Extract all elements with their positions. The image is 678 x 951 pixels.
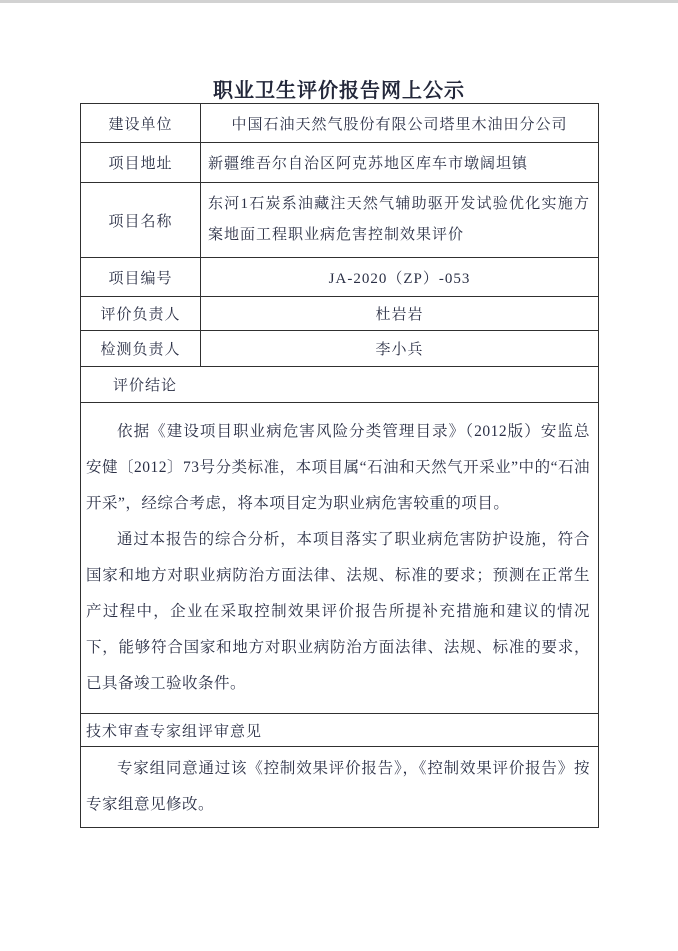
table-row: 项目地址 新疆维吾尔自治区阿克苏地区库车市墩阔坦镇 bbox=[81, 143, 599, 183]
conclusion-section-body: 依据《建设项目职业病危害风险分类管理目录》（2012版）安监总安健〔2012〕7… bbox=[81, 403, 599, 714]
table-row: 项目编号 JA-2020（ZP）-053 bbox=[81, 258, 599, 297]
table-row: 检测负责人 李小兵 bbox=[81, 331, 599, 367]
table-row: 专家组同意通过该《控制效果评价报告》，《控制效果评价报告》按专家组意见修改。 bbox=[81, 747, 599, 828]
table-row: 评价结论 bbox=[81, 367, 599, 403]
field-label-project-number: 项目编号 bbox=[81, 258, 201, 297]
field-label-project-address: 项目地址 bbox=[81, 143, 201, 183]
field-label-testing-leader: 检测负责人 bbox=[81, 331, 201, 367]
field-value-testing-leader: 李小兵 bbox=[201, 331, 599, 367]
expert-review-section-header: 技术审查专家组评审意见 bbox=[81, 714, 599, 747]
field-label-project-name: 项目名称 bbox=[81, 183, 201, 258]
field-value-construction-unit: 中国石油天然气股份有限公司塔里木油田分公司 bbox=[201, 104, 599, 143]
field-value-evaluation-leader: 杜岩岩 bbox=[201, 297, 599, 331]
page-top-edge bbox=[0, 0, 678, 3]
table-row: 技术审查专家组评审意见 bbox=[81, 714, 599, 747]
table-row: 评价负责人 杜岩岩 bbox=[81, 297, 599, 331]
table-row: 项目名称 东河1石炭系油藏注天然气辅助驱开发试验优化实施方案地面工程职业病危害控… bbox=[81, 183, 599, 258]
table-row: 依据《建设项目职业病危害风险分类管理目录》（2012版）安监总安健〔2012〕7… bbox=[81, 403, 599, 714]
conclusion-paragraph: 通过本报告的综合分析，本项目落实了职业病危害防护设施，符合国家和地方对职业病防治… bbox=[86, 522, 590, 702]
expert-review-paragraph: 专家组同意通过该《控制效果评价报告》，《控制效果评价报告》按专家组意见修改。 bbox=[86, 751, 590, 823]
conclusion-paragraph: 依据《建设项目职业病危害风险分类管理目录》（2012版）安监总安健〔2012〕7… bbox=[86, 414, 590, 522]
notice-table: 建设单位 中国石油天然气股份有限公司塔里木油田分公司 项目地址 新疆维吾尔自治区… bbox=[80, 103, 599, 828]
field-value-project-number: JA-2020（ZP）-053 bbox=[201, 258, 599, 297]
field-value-project-address: 新疆维吾尔自治区阿克苏地区库车市墩阔坦镇 bbox=[201, 143, 599, 183]
expert-review-section-body: 专家组同意通过该《控制效果评价报告》，《控制效果评价报告》按专家组意见修改。 bbox=[81, 747, 599, 828]
field-value-project-name: 东河1石炭系油藏注天然气辅助驱开发试验优化实施方案地面工程职业病危害控制效果评价 bbox=[201, 183, 599, 258]
field-label-evaluation-leader: 评价负责人 bbox=[81, 297, 201, 331]
table-row: 建设单位 中国石油天然气股份有限公司塔里木油田分公司 bbox=[81, 104, 599, 143]
conclusion-section-header: 评价结论 bbox=[81, 367, 599, 403]
page-title: 职业卫生评价报告网上公示 bbox=[0, 74, 678, 103]
field-label-construction-unit: 建设单位 bbox=[81, 104, 201, 143]
